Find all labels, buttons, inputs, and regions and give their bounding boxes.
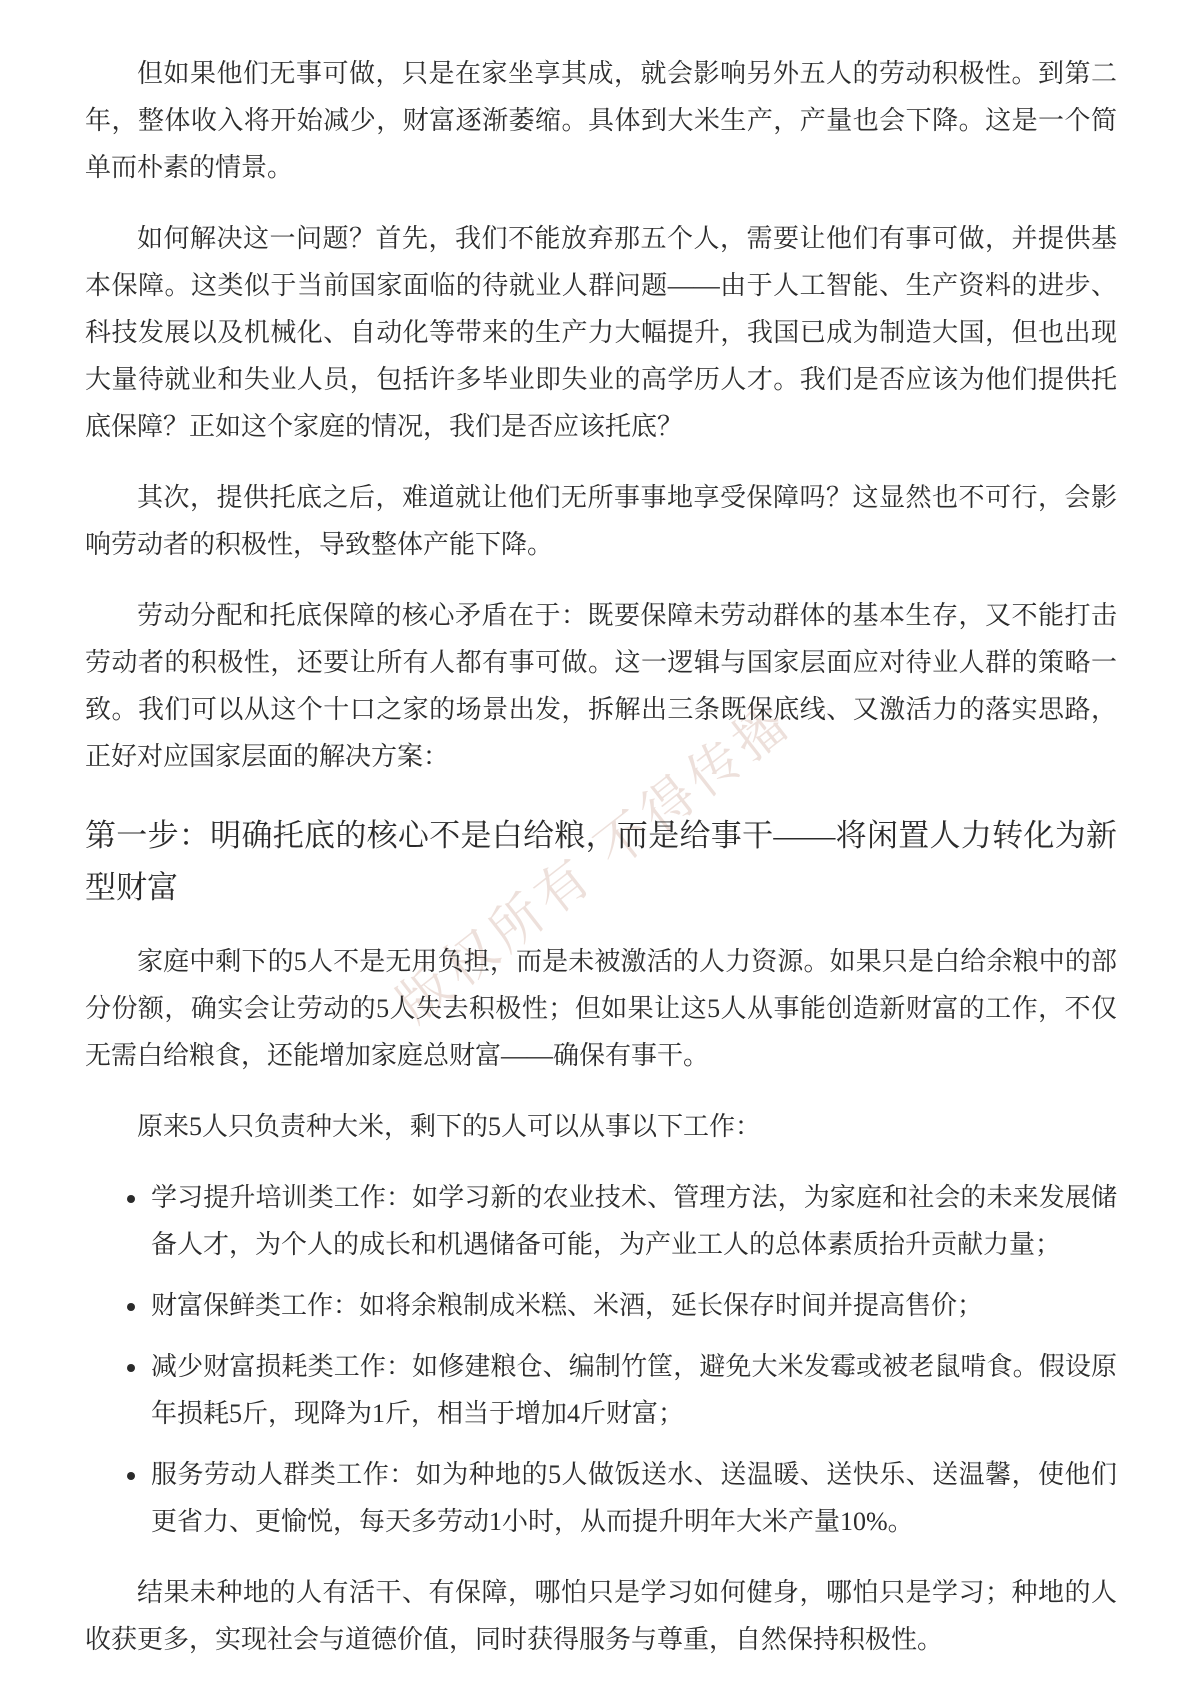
paragraph-core-contradiction: 劳动分配和托底保障的核心矛盾在于：既要保障未劳动群体的基本生存，又不能打击劳动者… xyxy=(85,592,1117,780)
paragraph-idle-manpower: 家庭中剩下的5人不是无用负担，而是未被激活的人力资源。如果只是白给余粮中的部分份… xyxy=(85,938,1117,1079)
paragraph-secondly: 其次，提供托底之后，难道就让他们无所事事地享受保障吗？这显然也不可行，会影响劳动… xyxy=(85,474,1117,568)
work-types-list: 学习提升培训类工作：如学习新的农业技术、管理方法，为家庭和社会的未来发展储备人才… xyxy=(85,1174,1117,1545)
list-item-training-work: 学习提升培训类工作：如学习新的农业技术、管理方法，为家庭和社会的未来发展储备人才… xyxy=(149,1174,1117,1268)
list-item-loss-reduction-work: 减少财富损耗类工作：如修建粮仓、编制竹筐，避免大米发霉或被老鼠啃食。假设原年损耗… xyxy=(149,1343,1117,1437)
paragraph-how-to-solve: 如何解决这一问题？首先，我们不能放弃那五个人，需要让他们有事可做，并提供基本保障… xyxy=(85,215,1117,450)
document-content: 但如果他们无事可做，只是在家坐享其成，就会影响另外五人的劳动积极性。到第二年，整… xyxy=(85,50,1117,1687)
paragraph-work-intro: 原来5人只负责种大米，剩下的5人可以从事以下工作： xyxy=(85,1103,1117,1150)
list-item-wealth-preservation-work: 财富保鲜类工作：如将余粮制成米糕、米酒，延长保存时间并提高售价； xyxy=(149,1282,1117,1329)
paragraph-result: 结果未种地的人有活干、有保障，哪怕只是学习如何健身，哪怕只是学习；种地的人收获更… xyxy=(85,1569,1117,1663)
list-item-service-work: 服务劳动人群类工作：如为种地的5人做饭送水、送温暖、送快乐、送温馨，使他们更省力… xyxy=(149,1451,1117,1545)
paragraph-consequence: 但如果他们无事可做，只是在家坐享其成，就会影响另外五人的劳动积极性。到第二年，整… xyxy=(85,50,1117,191)
section-heading-step-one: 第一步：明确托底的核心不是白给粮，而是给事干——将闲置人力转化为新型财富 xyxy=(85,810,1117,914)
document-page: 版权所有 不得传播 但如果他们无事可做，只是在家坐享其成，就会影响另外五人的劳动… xyxy=(0,0,1200,1699)
